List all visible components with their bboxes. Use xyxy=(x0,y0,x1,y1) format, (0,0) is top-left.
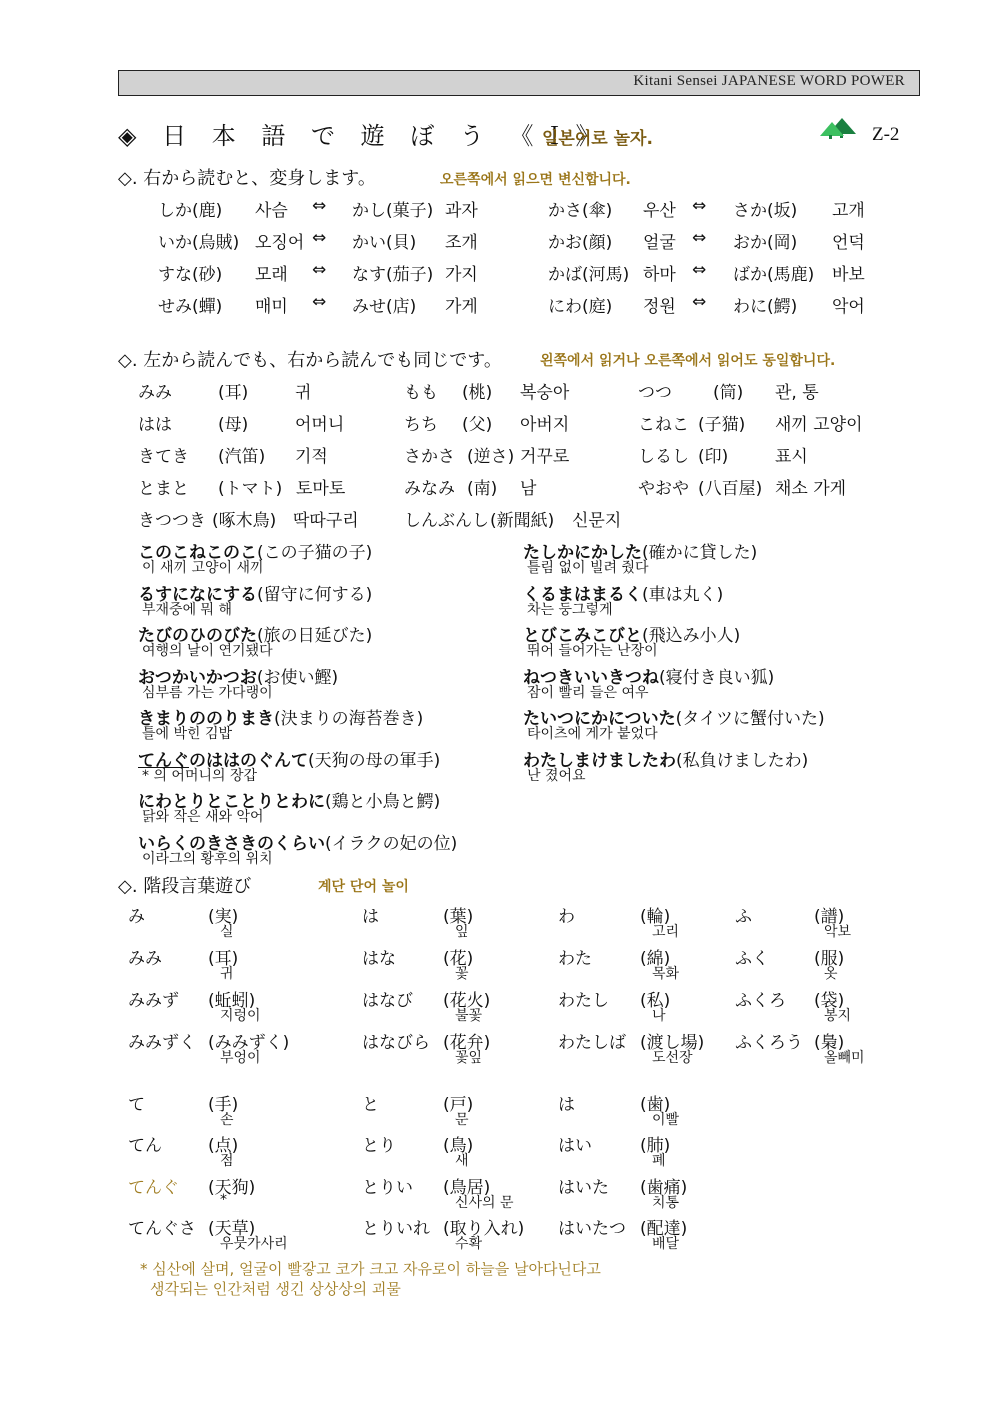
palindrome-meaning: 기적 xyxy=(295,442,328,467)
word-left-2: かい(貝) xyxy=(352,228,416,253)
header-banner: Kitani Sensei JAPANESE WORD POWER xyxy=(118,70,920,96)
phrase-meaning: 닭와 작은 새와 악어 xyxy=(142,806,264,826)
stair-word: はなびら xyxy=(362,1028,430,1053)
phrase-kanji: (鶏と小鳥と鰐) xyxy=(325,792,440,812)
phrase-meaning: 심부름 가는 가다랭이 xyxy=(142,682,273,702)
palindrome-kanji: (耳) xyxy=(218,378,248,403)
phrase-meaning: 여행의 날이 연기됐다 xyxy=(142,640,273,660)
palindrome-kanji: (印) xyxy=(698,442,728,467)
stair-meaning: 수확 xyxy=(455,1233,482,1253)
meaning-left-2: 가게 xyxy=(445,292,478,317)
palindrome-meaning: 토마토 xyxy=(296,474,345,499)
stair-meaning: 꽃잎 xyxy=(455,1047,482,1067)
stair-word: ふ xyxy=(735,902,752,927)
stair-word: とりい xyxy=(362,1173,413,1198)
stair-meaning: 부엉이 xyxy=(220,1047,261,1067)
arrow-icon: ⇔ xyxy=(312,292,326,312)
stair-word: て xyxy=(128,1090,145,1115)
trees-icon xyxy=(820,116,860,144)
stair-meaning: 옷 xyxy=(824,963,838,983)
stair-meaning: 귀 xyxy=(220,963,234,983)
stair-word: はなび xyxy=(362,986,413,1011)
stair-word: み xyxy=(128,902,145,927)
stair-word: わた xyxy=(558,944,592,969)
section2-heading: ◇. 左から読んでも、右から読んでも同じです。 xyxy=(118,346,502,372)
section3-heading-korean: 계단 단어 놀이 xyxy=(318,876,409,896)
palindrome-word: もも xyxy=(404,378,438,403)
arrow-icon: ⇔ xyxy=(312,260,326,280)
stair-meaning: 이빨 xyxy=(652,1109,679,1129)
stair-meaning: 새 xyxy=(455,1150,469,1170)
stair-meaning: * xyxy=(220,1192,227,1208)
palindrome-meaning: 남 xyxy=(520,474,536,499)
word-right-2: さか(坂) xyxy=(733,196,797,221)
phrase-kanji: (寝付き良い狐) xyxy=(659,668,774,688)
phrase-meaning: 틀림 없이 빌려 줬다 xyxy=(527,557,649,577)
phrase-kanji: (この子猫の子) xyxy=(257,543,372,563)
palindrome-kanji: (汽笛) xyxy=(218,442,265,467)
meaning-right-1: 얼굴 xyxy=(643,228,676,253)
stair-meaning: 봉지 xyxy=(824,1005,851,1025)
arrow-icon: ⇔ xyxy=(692,260,706,280)
phrase-kanji: (旅の日延びた) xyxy=(257,626,372,646)
palindrome-word: はは xyxy=(138,410,172,435)
stair-meaning: 올빼미 xyxy=(824,1047,865,1067)
stair-meaning: 손 xyxy=(220,1109,234,1129)
palindrome-word: とまと xyxy=(138,474,189,499)
stair-word: みみずく xyxy=(128,1028,196,1053)
phrase-meaning: 난 졌어요 xyxy=(527,765,586,785)
meaning-left-2: 조개 xyxy=(445,228,478,253)
stair-word: はな xyxy=(362,944,396,969)
phrase-kanji: (タイツに蟹付いた) xyxy=(676,709,825,729)
word-right-1: にわ(庭) xyxy=(548,292,612,317)
word-left-1: すな(砂) xyxy=(158,260,222,285)
word-left-2: みせ(店) xyxy=(352,292,416,317)
palindrome-word: みなみ xyxy=(404,474,455,499)
palindrome-word: ちち xyxy=(404,410,438,435)
stair-meaning: 나 xyxy=(652,1005,666,1025)
palindrome-meaning: 복숭아 xyxy=(520,378,569,403)
palindrome-word: きつつき xyxy=(138,506,206,531)
palindrome-kanji: (トマト) xyxy=(218,474,282,499)
palindrome-kanji: (新聞紙) xyxy=(490,506,554,531)
word-right-1: かお(顔) xyxy=(548,228,612,253)
palindrome-word: しんぶんし xyxy=(404,506,489,531)
stair-word: みみ xyxy=(128,944,162,969)
palindrome-word: やおや xyxy=(638,474,689,499)
stair-word: はいたつ xyxy=(558,1214,626,1239)
meaning-left-1: 사슴 xyxy=(255,196,288,221)
word-left-2: なす(茄子) xyxy=(352,260,433,285)
meaning-right-2: 언덕 xyxy=(832,228,865,253)
stair-word: とり xyxy=(362,1131,396,1156)
palindrome-meaning: 표시 xyxy=(775,442,808,467)
palindrome-word: みみ xyxy=(138,378,172,403)
arrow-icon: ⇔ xyxy=(692,228,706,248)
footnote-line-1: * 심산에 살며, 얼굴이 빨갛고 코가 크고 자유로이 하늘을 날아다닌다고 xyxy=(140,1258,601,1279)
stair-word: は xyxy=(558,1090,575,1115)
palindrome-kanji: (筒) xyxy=(713,378,743,403)
stair-word: てんぐさ xyxy=(128,1214,196,1239)
phrase-meaning: 뛰어 들어가는 난장이 xyxy=(527,640,658,660)
palindrome-meaning: 신문지 xyxy=(572,506,621,531)
stair-meaning: 신사의 문 xyxy=(455,1192,514,1212)
phrase-meaning: 틀에 박힌 김밥 xyxy=(142,723,232,743)
stair-word: わ xyxy=(558,902,575,927)
page-title: ◈ 日 本 語 で 遊 ぼ う 《Ｉ》 xyxy=(118,116,609,151)
phrase-kanji: (天狗の母の軍手) xyxy=(308,751,440,771)
meaning-right-1: 하마 xyxy=(643,260,676,285)
word-left-2: かし(菓子) xyxy=(352,196,433,221)
stair-word: ふく xyxy=(735,944,769,969)
stair-meaning: 배달 xyxy=(652,1233,679,1253)
palindrome-kanji: (八百屋) xyxy=(698,474,762,499)
palindrome-meaning: 거꾸로 xyxy=(520,442,569,467)
stair-word: わたし xyxy=(558,986,609,1011)
palindrome-kanji: (逆さ) xyxy=(467,442,514,467)
phrase-meaning: 부재중에 뭐 해 xyxy=(142,599,232,619)
palindrome-word: きてき xyxy=(138,442,189,467)
word-left-1: しか(鹿) xyxy=(158,196,222,221)
word-right-1: かさ(傘) xyxy=(548,196,612,221)
phrase-kanji: (私負けましたわ) xyxy=(676,751,808,771)
stair-word: はいた xyxy=(558,1173,609,1198)
phrase-kanji: (確かに貸した) xyxy=(642,543,757,563)
palindrome-meaning: 귀 xyxy=(295,378,311,403)
palindrome-meaning: 아버지 xyxy=(520,410,569,435)
banner-title: Kitani Sensei JAPANESE WORD POWER xyxy=(633,73,905,90)
meaning-left-2: 가지 xyxy=(445,260,478,285)
phrase-meaning: 차는 둥그렇게 xyxy=(527,599,613,619)
stair-word: てんぐ xyxy=(128,1173,179,1198)
word-right-2: ばか(馬鹿) xyxy=(733,260,814,285)
stair-word: とりいれ xyxy=(362,1214,430,1239)
stair-meaning: 지렁이 xyxy=(220,1005,261,1025)
stair-meaning: 폐 xyxy=(652,1150,666,1170)
section1-heading-korean: 오른쪽에서 읽으면 변신합니다. xyxy=(440,169,631,189)
arrow-icon: ⇔ xyxy=(312,228,326,248)
meaning-right-2: 바보 xyxy=(832,260,865,285)
palindrome-meaning: 관, 통 xyxy=(775,378,819,403)
palindrome-kanji: (南) xyxy=(467,474,497,499)
arrow-icon: ⇔ xyxy=(692,196,706,216)
meaning-left-2: 과자 xyxy=(445,196,478,221)
stair-word: は xyxy=(362,902,379,927)
stair-meaning: 실 xyxy=(220,921,234,941)
stair-word: わたしば xyxy=(558,1028,626,1053)
meaning-left-1: 매미 xyxy=(255,292,288,317)
stair-kanji: (天狗) xyxy=(208,1173,255,1198)
palindrome-meaning: 어머니 xyxy=(295,410,344,435)
stair-meaning: 치통 xyxy=(652,1192,679,1212)
stair-meaning: 꽃 xyxy=(455,963,469,983)
page-id: Z-2 xyxy=(872,124,899,146)
palindrome-word: つつ xyxy=(638,378,672,403)
palindrome-kanji: (母) xyxy=(218,410,248,435)
word-left-1: せみ(蟬) xyxy=(158,292,222,317)
stair-word: てん xyxy=(128,1131,162,1156)
stair-meaning: 우뭇가사리 xyxy=(220,1233,288,1253)
word-right-2: おか(岡) xyxy=(733,228,797,253)
stair-word: と xyxy=(362,1090,379,1115)
meaning-left-1: 모래 xyxy=(255,260,288,285)
word-right-2: わに(鰐) xyxy=(733,292,797,317)
palindrome-meaning: 새끼 고양이 xyxy=(775,410,863,435)
arrow-icon: ⇔ xyxy=(692,292,706,312)
phrase-meaning: 잠이 빨리 들은 여우 xyxy=(527,682,649,702)
word-left-1: いか(烏賊) xyxy=(158,228,239,253)
stair-meaning: 도선장 xyxy=(652,1047,693,1067)
stair-meaning: 고리 xyxy=(652,921,679,941)
stair-meaning: 잎 xyxy=(455,921,469,941)
phrase-kanji: (留守に何する) xyxy=(257,585,372,605)
palindrome-meaning: 딱따구리 xyxy=(293,506,359,531)
stair-word: はい xyxy=(558,1131,592,1156)
stair-word: ふくろう xyxy=(735,1028,803,1053)
phrase-kanji: (決まりの海苔巻き) xyxy=(274,709,423,729)
palindrome-kanji: (桃) xyxy=(462,378,492,403)
stair-meaning: 불꽃 xyxy=(455,1005,482,1025)
palindrome-meaning: 채소 가게 xyxy=(775,474,846,499)
stair-word: ふくろ xyxy=(735,986,786,1011)
stair-meaning: 목화 xyxy=(652,963,679,983)
page-title-korean: 일본어로 놀자. xyxy=(542,124,653,149)
stair-meaning: 문 xyxy=(455,1109,469,1129)
phrase-meaning: 타이츠에 게가 붙었다 xyxy=(527,723,658,743)
stair-meaning: 점 xyxy=(220,1150,234,1170)
footnote-line-2: 생각되는 인간처럼 생긴 상상상의 괴물 xyxy=(150,1278,401,1299)
word-right-1: かば(河馬) xyxy=(548,260,629,285)
section1-heading: ◇. 右から読むと、変身します。 xyxy=(118,164,376,190)
palindrome-word: こねこ xyxy=(638,410,689,435)
phrase-meaning: 이라그의 황후의 위치 xyxy=(142,848,273,868)
palindrome-kanji: (啄木鳥) xyxy=(212,506,276,531)
section3-heading: ◇. 階段言葉遊び xyxy=(118,872,251,898)
stair-word: みみず xyxy=(128,986,179,1011)
meaning-right-2: 악어 xyxy=(832,292,865,317)
palindrome-kanji: (子猫) xyxy=(698,410,745,435)
meaning-left-1: 오징어 xyxy=(255,228,304,253)
phrase-kanji: (車は丸く) xyxy=(642,585,723,605)
meaning-right-2: 고개 xyxy=(832,196,865,221)
phrase-kanji: (イラクの妃の位) xyxy=(325,834,457,854)
palindrome-word: さかさ xyxy=(404,442,455,467)
arrow-icon: ⇔ xyxy=(312,196,326,216)
meaning-right-1: 우산 xyxy=(643,196,676,221)
phrase-meaning: 이 새끼 고양이 새끼 xyxy=(142,557,264,577)
section2-heading-korean: 왼쪽에서 읽거나 오른쪽에서 읽어도 동일합니다. xyxy=(540,350,835,370)
phrase-meaning: * 의 어머니의 장갑 xyxy=(142,765,257,785)
stair-meaning: 악보 xyxy=(824,921,851,941)
palindrome-kanji: (父) xyxy=(462,410,492,435)
palindrome-word: しるし xyxy=(638,442,689,467)
meaning-right-1: 정원 xyxy=(643,292,676,317)
